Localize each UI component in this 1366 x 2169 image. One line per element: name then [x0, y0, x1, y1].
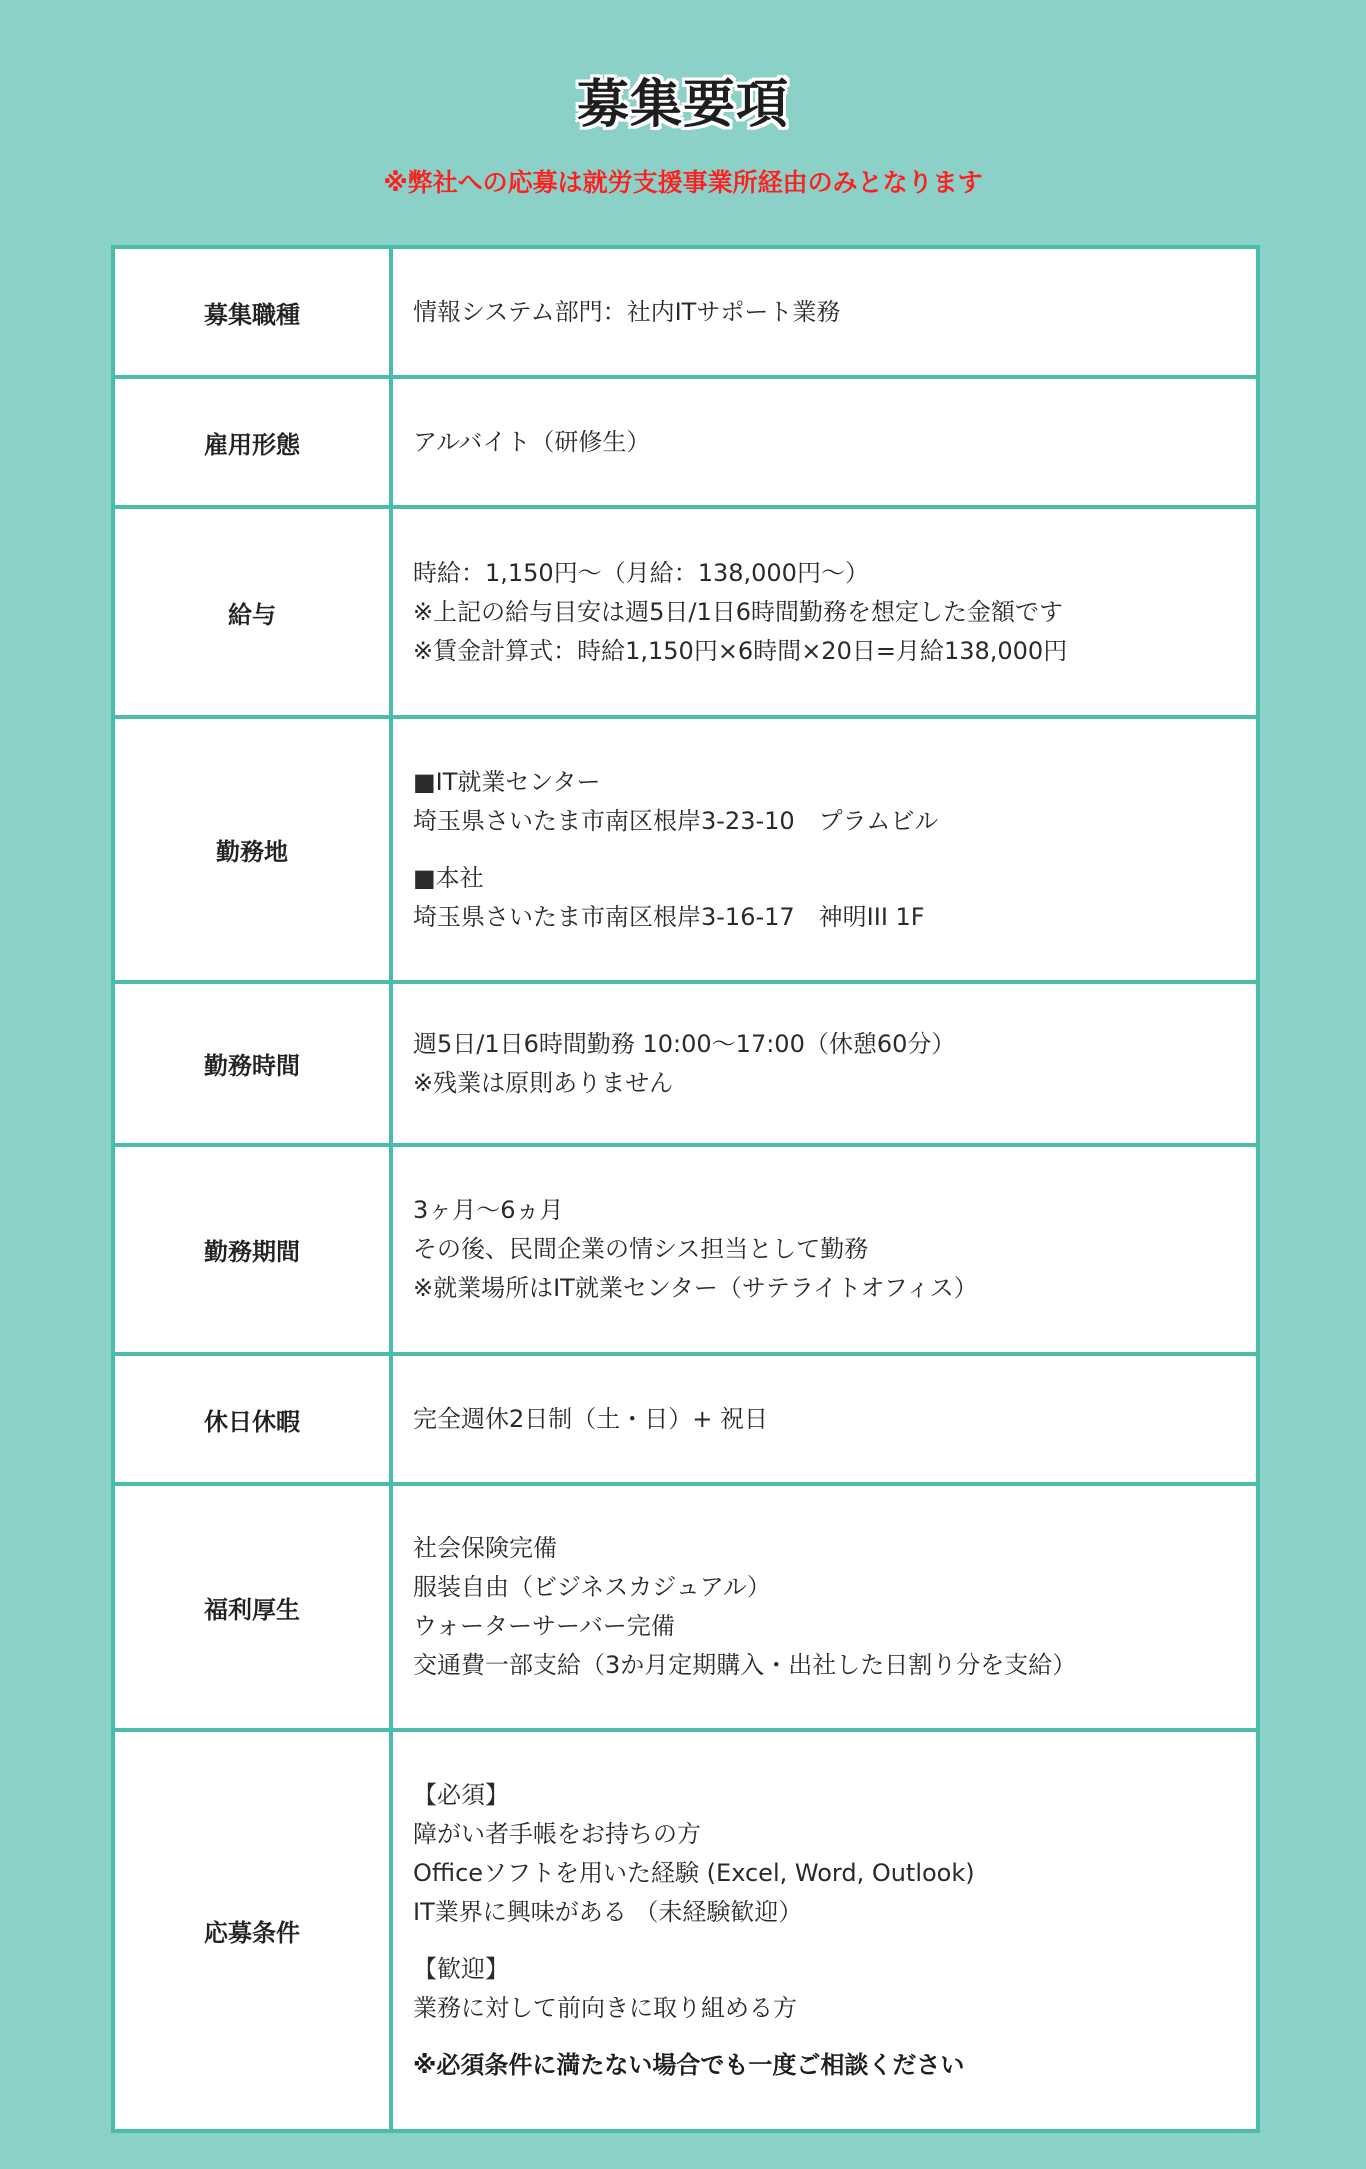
table-row-salary: 給与 時給：1,150円～（月給：138,000円～） ※上記の給与目安は週5日… — [115, 505, 1256, 715]
value-line: ※残業は原則ありません — [413, 1064, 1256, 1103]
row-label: 福利厚生 — [115, 1486, 393, 1728]
value-line: 社会保険完備 — [413, 1529, 1256, 1568]
table-row-work-period: 勤務期間 3ヶ月～6ヵ月 その後、民間企業の情シス担当として勤務 ※就業場所はI… — [115, 1143, 1256, 1352]
value-line: ※就業場所はIT就業センター（サテライトオフィス） — [413, 1269, 1256, 1308]
value-line: その後、民間企業の情シス担当として勤務 — [413, 1230, 1256, 1269]
row-label: 勤務期間 — [115, 1147, 393, 1352]
row-label: 雇用形態 — [115, 379, 393, 505]
row-label: 給与 — [115, 509, 393, 715]
value-line: アルバイト（研修生） — [413, 423, 1256, 462]
value-line: 3ヶ月～6ヵ月 — [413, 1191, 1256, 1230]
value-line: 週5日/1日6時間勤務 10:00～17:00（休憩60分） — [413, 1025, 1256, 1064]
table-row-benefits: 福利厚生 社会保険完備 服装自由（ビジネスカジュアル） ウォーターサーバー完備 … — [115, 1482, 1256, 1728]
row-label: 休日休暇 — [115, 1356, 393, 1482]
value-line: 業務に対して前向きに取り組める方 — [413, 1989, 1256, 2028]
row-value: 週5日/1日6時間勤務 10:00～17:00（休憩60分） ※残業は原則ありま… — [393, 984, 1256, 1143]
row-value: 【必須】 障がい者手帳をお持ちの方 Officeソフトを用いた経験 (Excel… — [393, 1732, 1256, 2129]
consultation-note: ※必須条件に満たない場合でも一度ご相談ください — [413, 2046, 1256, 2085]
value-line: Officeソフトを用いた経験 (Excel, Word, Outlook) — [413, 1854, 1256, 1893]
value-line: IT業界に興味がある （未経験歓迎） — [413, 1893, 1256, 1932]
row-value: 時給：1,150円～（月給：138,000円～） ※上記の給与目安は週5日/1日… — [393, 509, 1256, 715]
page-title: 募集要項 — [0, 70, 1366, 140]
row-label: 勤務地 — [115, 719, 393, 980]
row-value: 完全週休2日制（土・日）+ 祝日 — [393, 1356, 1256, 1482]
value-line: ※賃金計算式：時給1,150円×6時間×20日=月給138,000円 — [413, 632, 1256, 671]
row-value: ■IT就業センター 埼玉県さいたま市南区根岸3-23-10 プラムビル ■本社 … — [393, 719, 1256, 980]
job-requirements-table: 募集職種 情報システム部門：社内ITサポート業務 雇用形態 アルバイト（研修生）… — [111, 245, 1260, 2133]
value-line: 服装自由（ビジネスカジュアル） — [413, 1568, 1256, 1607]
row-label: 応募条件 — [115, 1732, 393, 2129]
value-line: ウォーターサーバー完備 — [413, 1607, 1256, 1646]
row-label: 勤務時間 — [115, 984, 393, 1143]
location-address: 埼玉県さいたま市南区根岸3-16-17 神明III 1F — [413, 898, 1256, 937]
value-line: ※上記の給与目安は週5日/1日6時間勤務を想定した金額です — [413, 593, 1256, 632]
row-value: 社会保険完備 服装自由（ビジネスカジュアル） ウォーターサーバー完備 交通費一部… — [393, 1486, 1256, 1728]
application-notice: ※弊社への応募は就労支援事業所経由のみとなります — [0, 166, 1366, 200]
row-value: アルバイト（研修生） — [393, 379, 1256, 505]
table-row-job-type: 募集職種 情報システム部門：社内ITサポート業務 — [115, 249, 1256, 375]
location-heading: ■IT就業センター — [413, 763, 1256, 802]
value-line: 障がい者手帳をお持ちの方 — [413, 1815, 1256, 1854]
location-address: 埼玉県さいたま市南区根岸3-23-10 プラムビル — [413, 802, 1256, 841]
table-row-employment-type: 雇用形態 アルバイト（研修生） — [115, 375, 1256, 505]
row-value: 情報システム部門：社内ITサポート業務 — [393, 249, 1256, 375]
welcome-heading: 【歓迎】 — [413, 1950, 1256, 1989]
value-line: 交通費一部支給（3か月定期購入・出社した日割り分を支給） — [413, 1646, 1256, 1685]
table-row-working-hours: 勤務時間 週5日/1日6時間勤務 10:00～17:00（休憩60分） ※残業は… — [115, 980, 1256, 1143]
table-row-requirements: 応募条件 【必須】 障がい者手帳をお持ちの方 Officeソフトを用いた経験 (… — [115, 1728, 1256, 2129]
value-line: 完全週休2日制（土・日）+ 祝日 — [413, 1400, 1256, 1439]
location-heading: ■本社 — [413, 859, 1256, 898]
table-row-holidays: 休日休暇 完全週休2日制（土・日）+ 祝日 — [115, 1352, 1256, 1482]
table-row-work-location: 勤務地 ■IT就業センター 埼玉県さいたま市南区根岸3-23-10 プラムビル … — [115, 715, 1256, 980]
required-heading: 【必須】 — [413, 1776, 1256, 1815]
value-line: 時給：1,150円～（月給：138,000円～） — [413, 554, 1256, 593]
row-label: 募集職種 — [115, 249, 393, 375]
row-value: 3ヶ月～6ヵ月 その後、民間企業の情シス担当として勤務 ※就業場所はIT就業セン… — [393, 1147, 1256, 1352]
value-line: 情報システム部門：社内ITサポート業務 — [413, 293, 1256, 332]
